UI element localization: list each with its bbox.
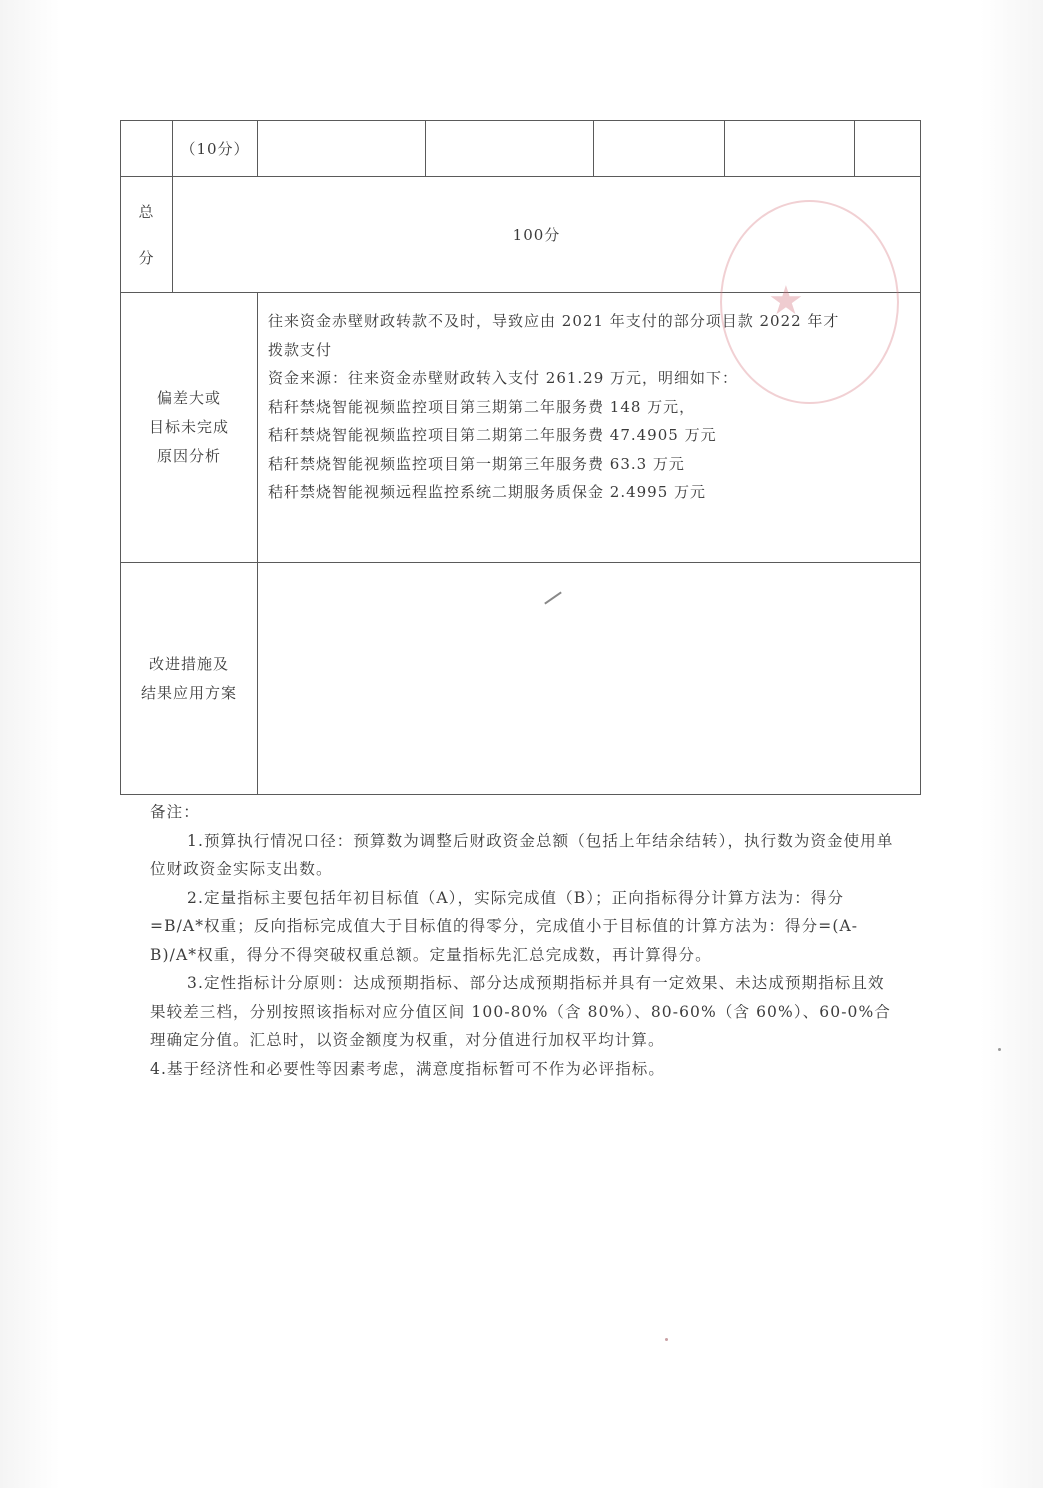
notes-section: 备注： 1.预算执行情况口径：预算数为调整后财政资金总额（包括上年结余结转），执… xyxy=(150,798,895,1083)
total-label-char-2: 分 xyxy=(121,235,172,281)
content-line: 往来资金赤壁财政转款不及时，导致应由 2021 年支付的部分项目款 2022 年… xyxy=(268,307,920,336)
note-item-4: 4.基于经济性和必要性等因素考虑，满意度指标暂可不作为必评指标。 xyxy=(150,1055,895,1084)
detail-line: 秸秆禁烧智能视频监控项目第三期第二年服务费 148 万元， xyxy=(268,393,920,422)
content-line: 拨款支付 xyxy=(268,336,920,365)
label-line: 改进措施及 xyxy=(121,650,257,679)
total-label-char-1: 总 xyxy=(121,189,172,235)
note-item-2: 2.定量指标主要包括年初目标值（A），实际完成值（B）；正向指标得分计算方法为：… xyxy=(150,884,895,970)
deviation-analysis-label: 偏差大或 目标未完成 原因分析 xyxy=(121,293,258,563)
scan-speck xyxy=(665,1338,668,1341)
detail-line: 秸秆禁烧智能视频监控项目第一期第三年服务费 63.3 万元 xyxy=(268,450,920,479)
improvement-row: 改进措施及 结果应用方案 xyxy=(121,563,921,795)
note-item-3: 3.定性指标计分原则：达成预期指标、部分达成预期指标并具有一定效果、未达成预期指… xyxy=(150,969,895,1055)
total-score-label: 总 分 xyxy=(121,177,173,293)
notes-heading: 备注： xyxy=(150,798,895,827)
total-score-row: 总 分 100分 xyxy=(121,177,921,293)
detail-line: 秸秆禁烧智能视频监控项目第二期第二年服务费 47.4905 万元 xyxy=(268,421,920,450)
empty-cell xyxy=(258,121,426,177)
improvement-content xyxy=(258,563,921,795)
empty-cell xyxy=(121,121,173,177)
improvement-label: 改进措施及 结果应用方案 xyxy=(121,563,258,795)
deviation-analysis-content: 往来资金赤壁财政转款不及时，导致应由 2021 年支付的部分项目款 2022 年… xyxy=(258,293,921,563)
empty-cell xyxy=(855,121,921,177)
label-line: 目标未完成 xyxy=(121,413,257,442)
score-points-cell: （10分） xyxy=(173,121,258,177)
note-item-1: 1.预算执行情况口径：预算数为调整后财政资金总额（包括上年结余结转），执行数为资… xyxy=(150,827,895,884)
label-line: 偏差大或 xyxy=(121,384,257,413)
label-line: 结果应用方案 xyxy=(121,679,257,708)
funding-source-line: 资金来源：往来资金赤壁财政转入支付 261.29 万元，明细如下： xyxy=(268,364,920,393)
scan-speck xyxy=(998,1048,1001,1051)
empty-cell xyxy=(426,121,594,177)
empty-cell xyxy=(594,121,725,177)
label-line: 原因分析 xyxy=(121,442,257,471)
empty-cell xyxy=(725,121,855,177)
total-score-value: 100分 xyxy=(173,177,921,293)
detail-line: 秸秆禁烧智能视频远程监控系统二期服务质保金 2.4995 万元 xyxy=(268,478,920,507)
deviation-analysis-row: 偏差大或 目标未完成 原因分析 往来资金赤壁财政转款不及时，导致应由 2021 … xyxy=(121,293,921,563)
score-row: （10分） xyxy=(121,121,921,177)
evaluation-table: （10分） 总 分 100分 偏差大或 目标未完成 原因分析 往来资金赤壁财政转… xyxy=(120,120,921,795)
